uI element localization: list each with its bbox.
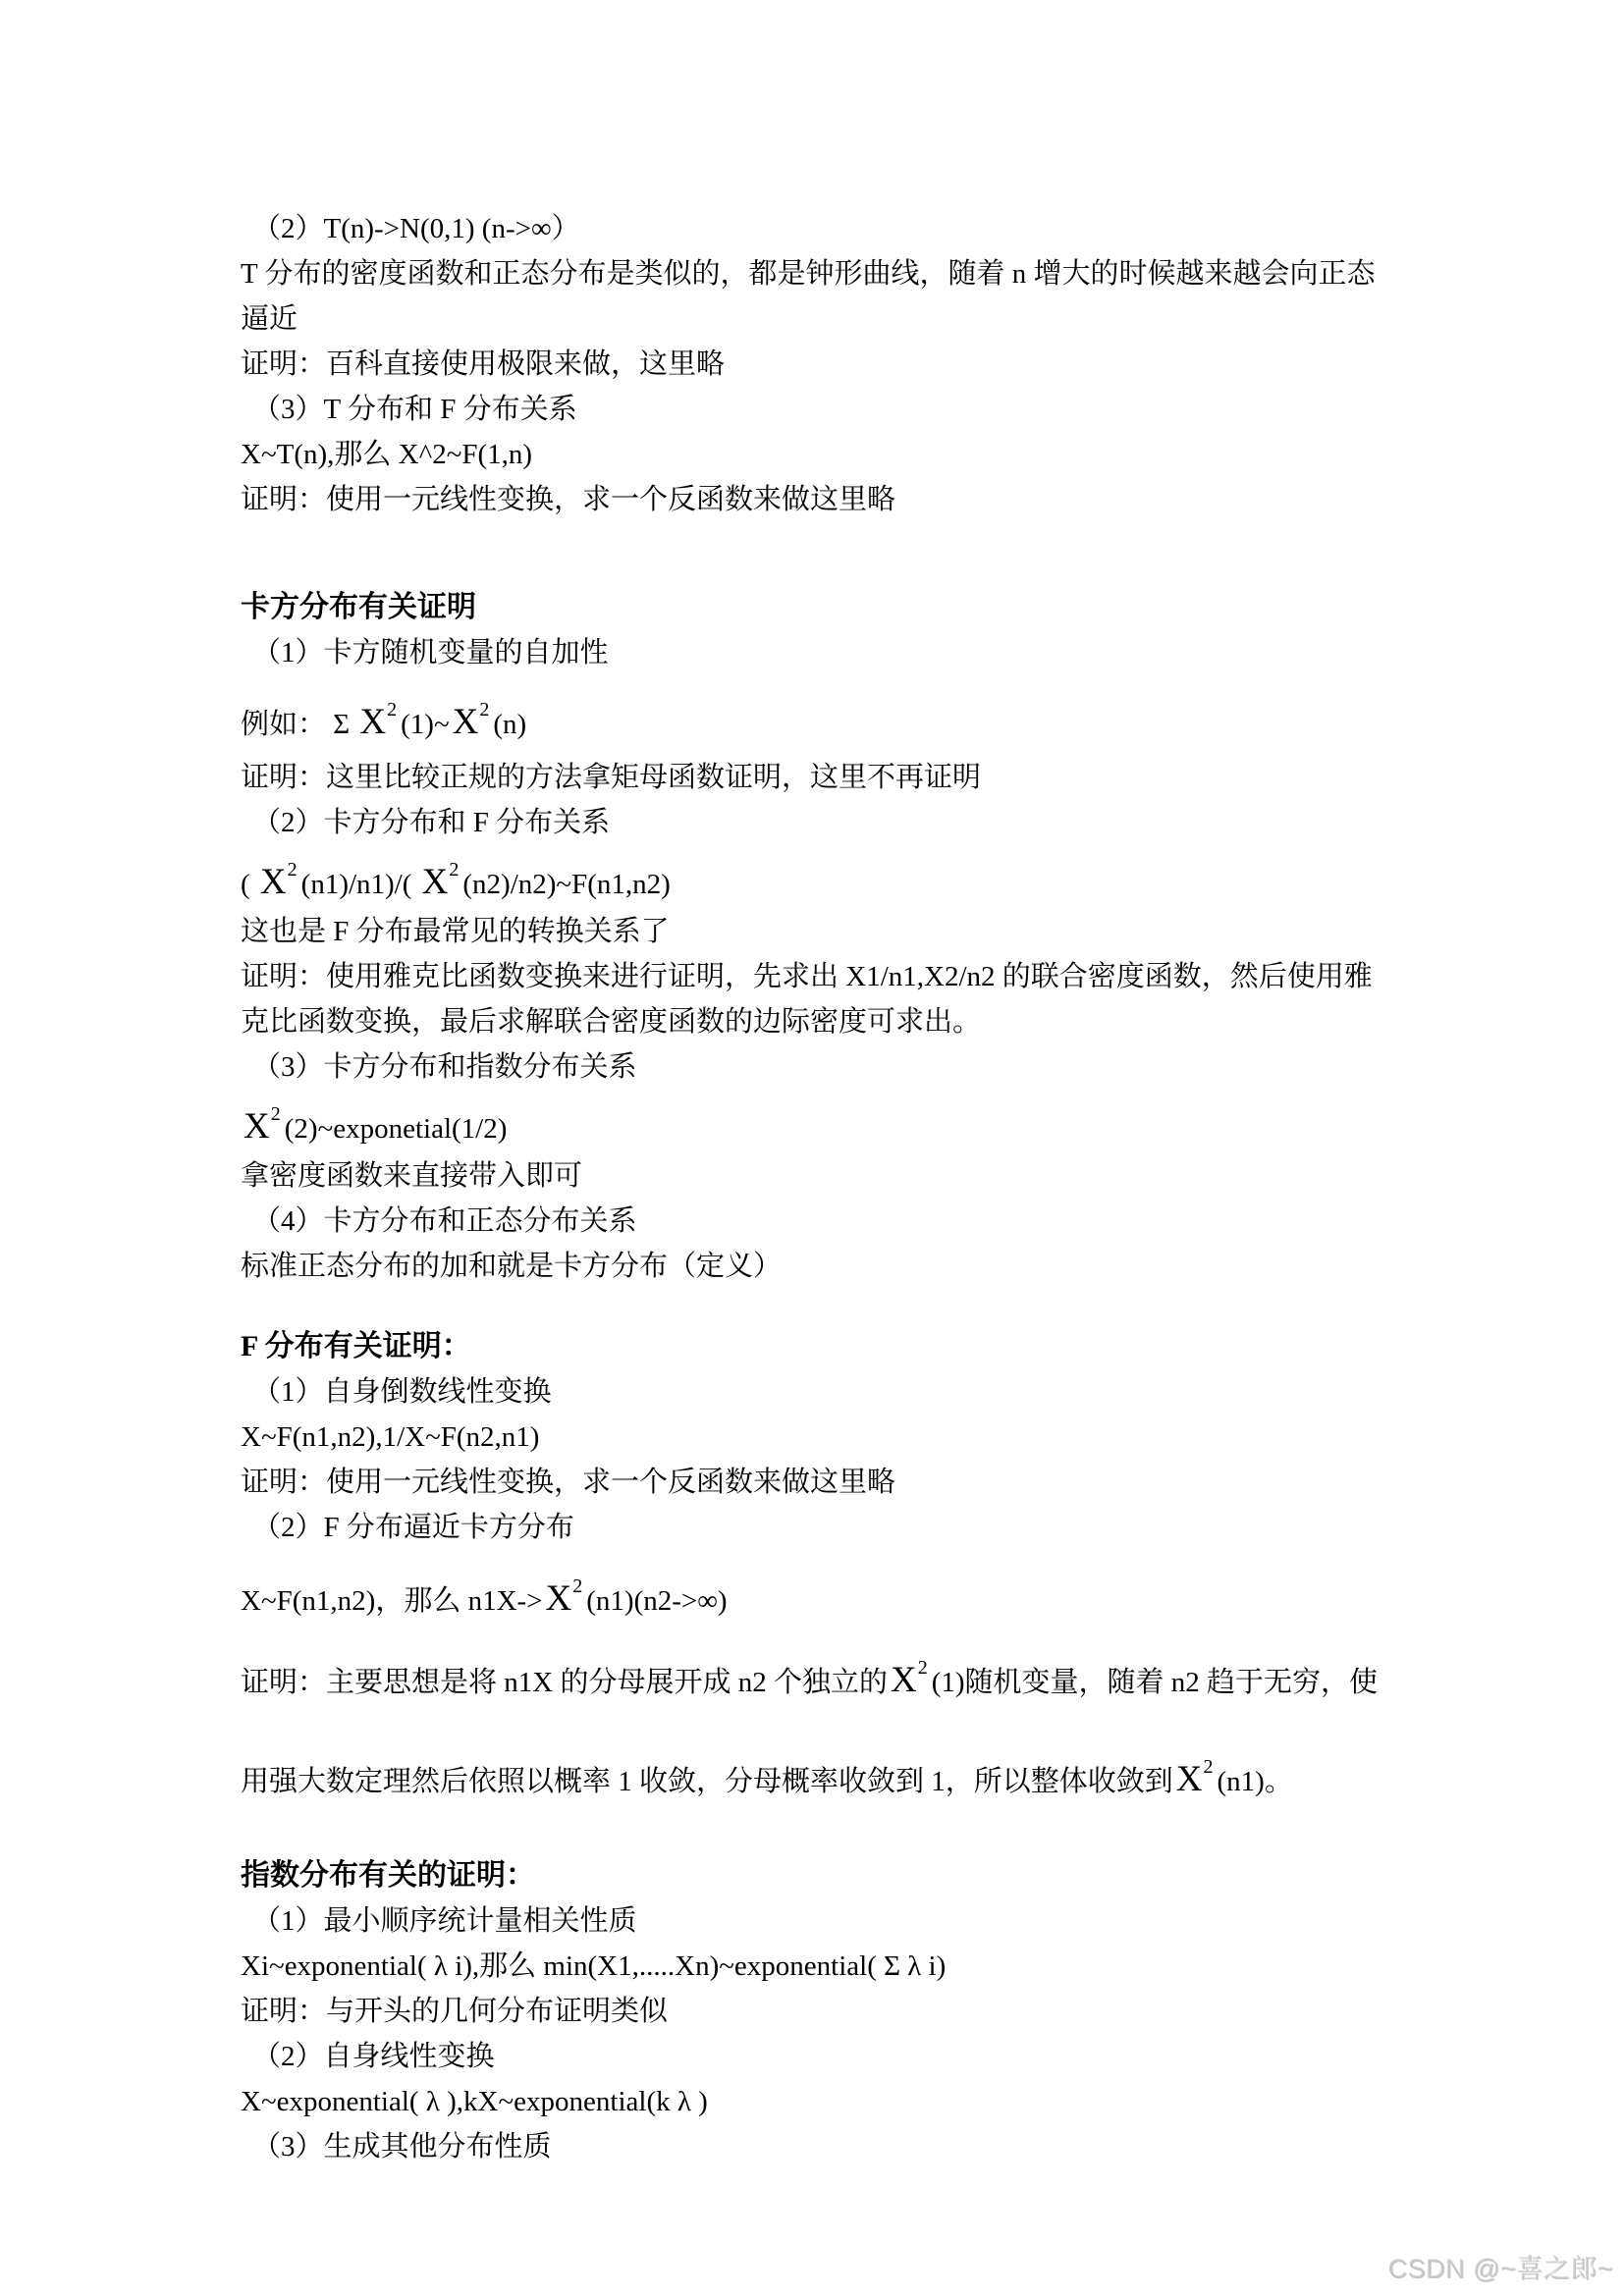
- paragraph: （1）最小顺序统计量相关性质: [241, 1898, 1488, 1944]
- paragraph: X~exponential( λ ),kX~exponential(k λ ): [241, 2079, 1488, 2124]
- text-line: （1）自身倒数线性变换: [241, 1369, 1488, 1415]
- chi-square-symbol: X2: [244, 1106, 283, 1147]
- text-line: （2）T(n)->N(0,1) (n->∞）: [241, 206, 1488, 251]
- paragraph: 证明：使用一元线性变换，求一个反函数来做这里略: [241, 477, 1488, 522]
- text-line: 证明：百科直接使用极限来做，这里略: [241, 342, 1488, 387]
- text-line: 标准正态分布的加和就是卡方分布（定义）: [241, 1244, 1488, 1289]
- formula-line: X2(2)~exponetial(1/2): [241, 1090, 1488, 1153]
- text-line: 用强大数定理然后依照以概率 1 收敛，分母概率收敛到 1，所以整体收敛到X2(n…: [241, 1725, 1488, 1824]
- text-line: 证明：主要思想是将 n1X 的分母展开成 n2 个独立的X2(1)随机变量，随着…: [241, 1626, 1488, 1725]
- text-line: 指数分布有关的证明：: [241, 1853, 1488, 1898]
- paragraph: （2）卡方分布和 F 分布关系: [241, 800, 1488, 845]
- chi-square-symbol: X2: [422, 862, 461, 902]
- formula-line: ( X2(n1)/n1)/( X2(n2)/n2)~F(n1,n2): [241, 845, 1488, 909]
- text-line: 这也是 F 分布最常见的转换关系了: [241, 909, 1488, 954]
- paragraph: 证明：主要思想是将 n1X 的分母展开成 n2 个独立的X2(1)随机变量，随着…: [241, 1626, 1488, 1824]
- paragraph: （4）卡方分布和正态分布关系: [241, 1199, 1488, 1244]
- text-line: （4）卡方分布和正态分布关系: [241, 1199, 1488, 1244]
- section-heading: 指数分布有关的证明：: [241, 1853, 1488, 1898]
- text-line: （2）自身线性变换: [241, 2034, 1488, 2079]
- paragraph: 证明：这里比较正规的方法拿矩母函数证明，这里不再证明: [241, 755, 1488, 800]
- paragraph: （2）F 分布逼近卡方分布: [241, 1505, 1488, 1550]
- text-line: 卡方分布有关证明: [241, 585, 1488, 630]
- paragraph: 证明：与开头的几何分布证明类似: [241, 1989, 1488, 2034]
- text-line: （3）卡方分布和指数分布关系: [241, 1044, 1488, 1090]
- text-line: （1）卡方随机变量的自加性: [241, 630, 1488, 675]
- paragraph: （2）T(n)->N(0,1) (n->∞）: [241, 206, 1488, 251]
- text-line: （3）T 分布和 F 分布关系: [241, 387, 1488, 432]
- text-line: （3）生成其他分布性质: [241, 2124, 1488, 2169]
- chi-square-symbol: X2: [1176, 1759, 1216, 1799]
- text-line: ( X2(n1)/n1)/( X2(n2)/n2)~F(n1,n2): [241, 845, 1488, 909]
- paragraph: 证明：使用雅克比函数变换来进行证明，先求出 X1/n1,X2/n2 的联合密度函…: [241, 954, 1488, 1044]
- paragraph: （3）T 分布和 F 分布关系: [241, 387, 1488, 432]
- text-line: F 分布有关证明：: [241, 1324, 1488, 1369]
- paragraph: X~T(n),那么 X^2~F(1,n): [241, 432, 1488, 477]
- text-line: X~F(n1,n2)，那么 n1X->X2(n1)(n2->∞): [241, 1562, 1488, 1626]
- csdn-watermark: CSDN @~喜之郎~: [1389, 2248, 1614, 2286]
- text-line: 证明：使用雅克比函数变换来进行证明，先求出 X1/n1,X2/n2 的联合密度函…: [241, 954, 1488, 999]
- text-line: （1）最小顺序统计量相关性质: [241, 1898, 1488, 1944]
- paragraph: X~F(n1,n2),1/X~F(n2,n1): [241, 1415, 1488, 1460]
- paragraph: 标准正态分布的加和就是卡方分布（定义）: [241, 1244, 1488, 1289]
- text-line: （2）卡方分布和 F 分布关系: [241, 800, 1488, 845]
- paragraph: Xi~exponential( λ i),那么 min(X1,.....Xn)~…: [241, 1944, 1488, 1989]
- text-line: 证明：这里比较正规的方法拿矩母函数证明，这里不再证明: [241, 755, 1488, 800]
- section-heading: F 分布有关证明：: [241, 1324, 1488, 1369]
- chi-square-symbol: X2: [546, 1578, 585, 1619]
- text-line: 证明：使用一元线性变换，求一个反函数来做这里略: [241, 1460, 1488, 1505]
- chi-square-symbol: X2: [260, 862, 299, 902]
- text-line: 拿密度函数来直接带入即可: [241, 1153, 1488, 1199]
- paragraph: 证明：使用一元线性变换，求一个反函数来做这里略: [241, 1460, 1488, 1505]
- text-line: X~exponential( λ ),kX~exponential(k λ ): [241, 2079, 1488, 2124]
- text-line: X2(2)~exponetial(1/2): [241, 1090, 1488, 1153]
- paragraph: T 分布的密度函数和正态分布是类似的，都是钟形曲线，随着 n 增大的时候越来越会…: [241, 251, 1488, 342]
- text-line: X~F(n1,n2),1/X~F(n2,n1): [241, 1415, 1488, 1460]
- text-line: 证明：使用一元线性变换，求一个反函数来做这里略: [241, 477, 1488, 522]
- text-line: 证明：与开头的几何分布证明类似: [241, 1989, 1488, 2034]
- chi-square-symbol: X2: [453, 702, 492, 742]
- paragraph: （2）自身线性变换: [241, 2034, 1488, 2079]
- section-heading: 卡方分布有关证明: [241, 585, 1488, 630]
- formula-line: 例如： Σ X2(1)~X2(n): [241, 685, 1488, 749]
- text-line: 克比函数变换，最后求解联合密度函数的边际密度可求出。: [241, 999, 1488, 1044]
- document-content: （2）T(n)->N(0,1) (n->∞）T 分布的密度函数和正态分布是类似的…: [241, 206, 1488, 2169]
- document-page: （2）T(n)->N(0,1) (n->∞）T 分布的密度函数和正态分布是类似的…: [0, 0, 1624, 2296]
- formula-line: X~F(n1,n2)，那么 n1X->X2(n1)(n2->∞): [241, 1562, 1488, 1626]
- chi-square-symbol: X2: [891, 1660, 930, 1700]
- paragraph: （1）自身倒数线性变换: [241, 1369, 1488, 1415]
- paragraph: 拿密度函数来直接带入即可: [241, 1153, 1488, 1199]
- text-line: T 分布的密度函数和正态分布是类似的，都是钟形曲线，随着 n 增大的时候越来越会…: [241, 251, 1488, 296]
- paragraph: （3）卡方分布和指数分布关系: [241, 1044, 1488, 1090]
- paragraph: （1）卡方随机变量的自加性: [241, 630, 1488, 675]
- text-line: （2）F 分布逼近卡方分布: [241, 1505, 1488, 1550]
- text-line: 逼近: [241, 296, 1488, 342]
- paragraph: 证明：百科直接使用极限来做，这里略: [241, 342, 1488, 387]
- text-line: X~T(n),那么 X^2~F(1,n): [241, 432, 1488, 477]
- paragraph: （3）生成其他分布性质: [241, 2124, 1488, 2169]
- paragraph: 这也是 F 分布最常见的转换关系了: [241, 909, 1488, 954]
- text-line: 例如： Σ X2(1)~X2(n): [241, 685, 1488, 749]
- chi-square-symbol: X2: [359, 702, 399, 742]
- text-line: Xi~exponential( λ i),那么 min(X1,.....Xn)~…: [241, 1944, 1488, 1989]
